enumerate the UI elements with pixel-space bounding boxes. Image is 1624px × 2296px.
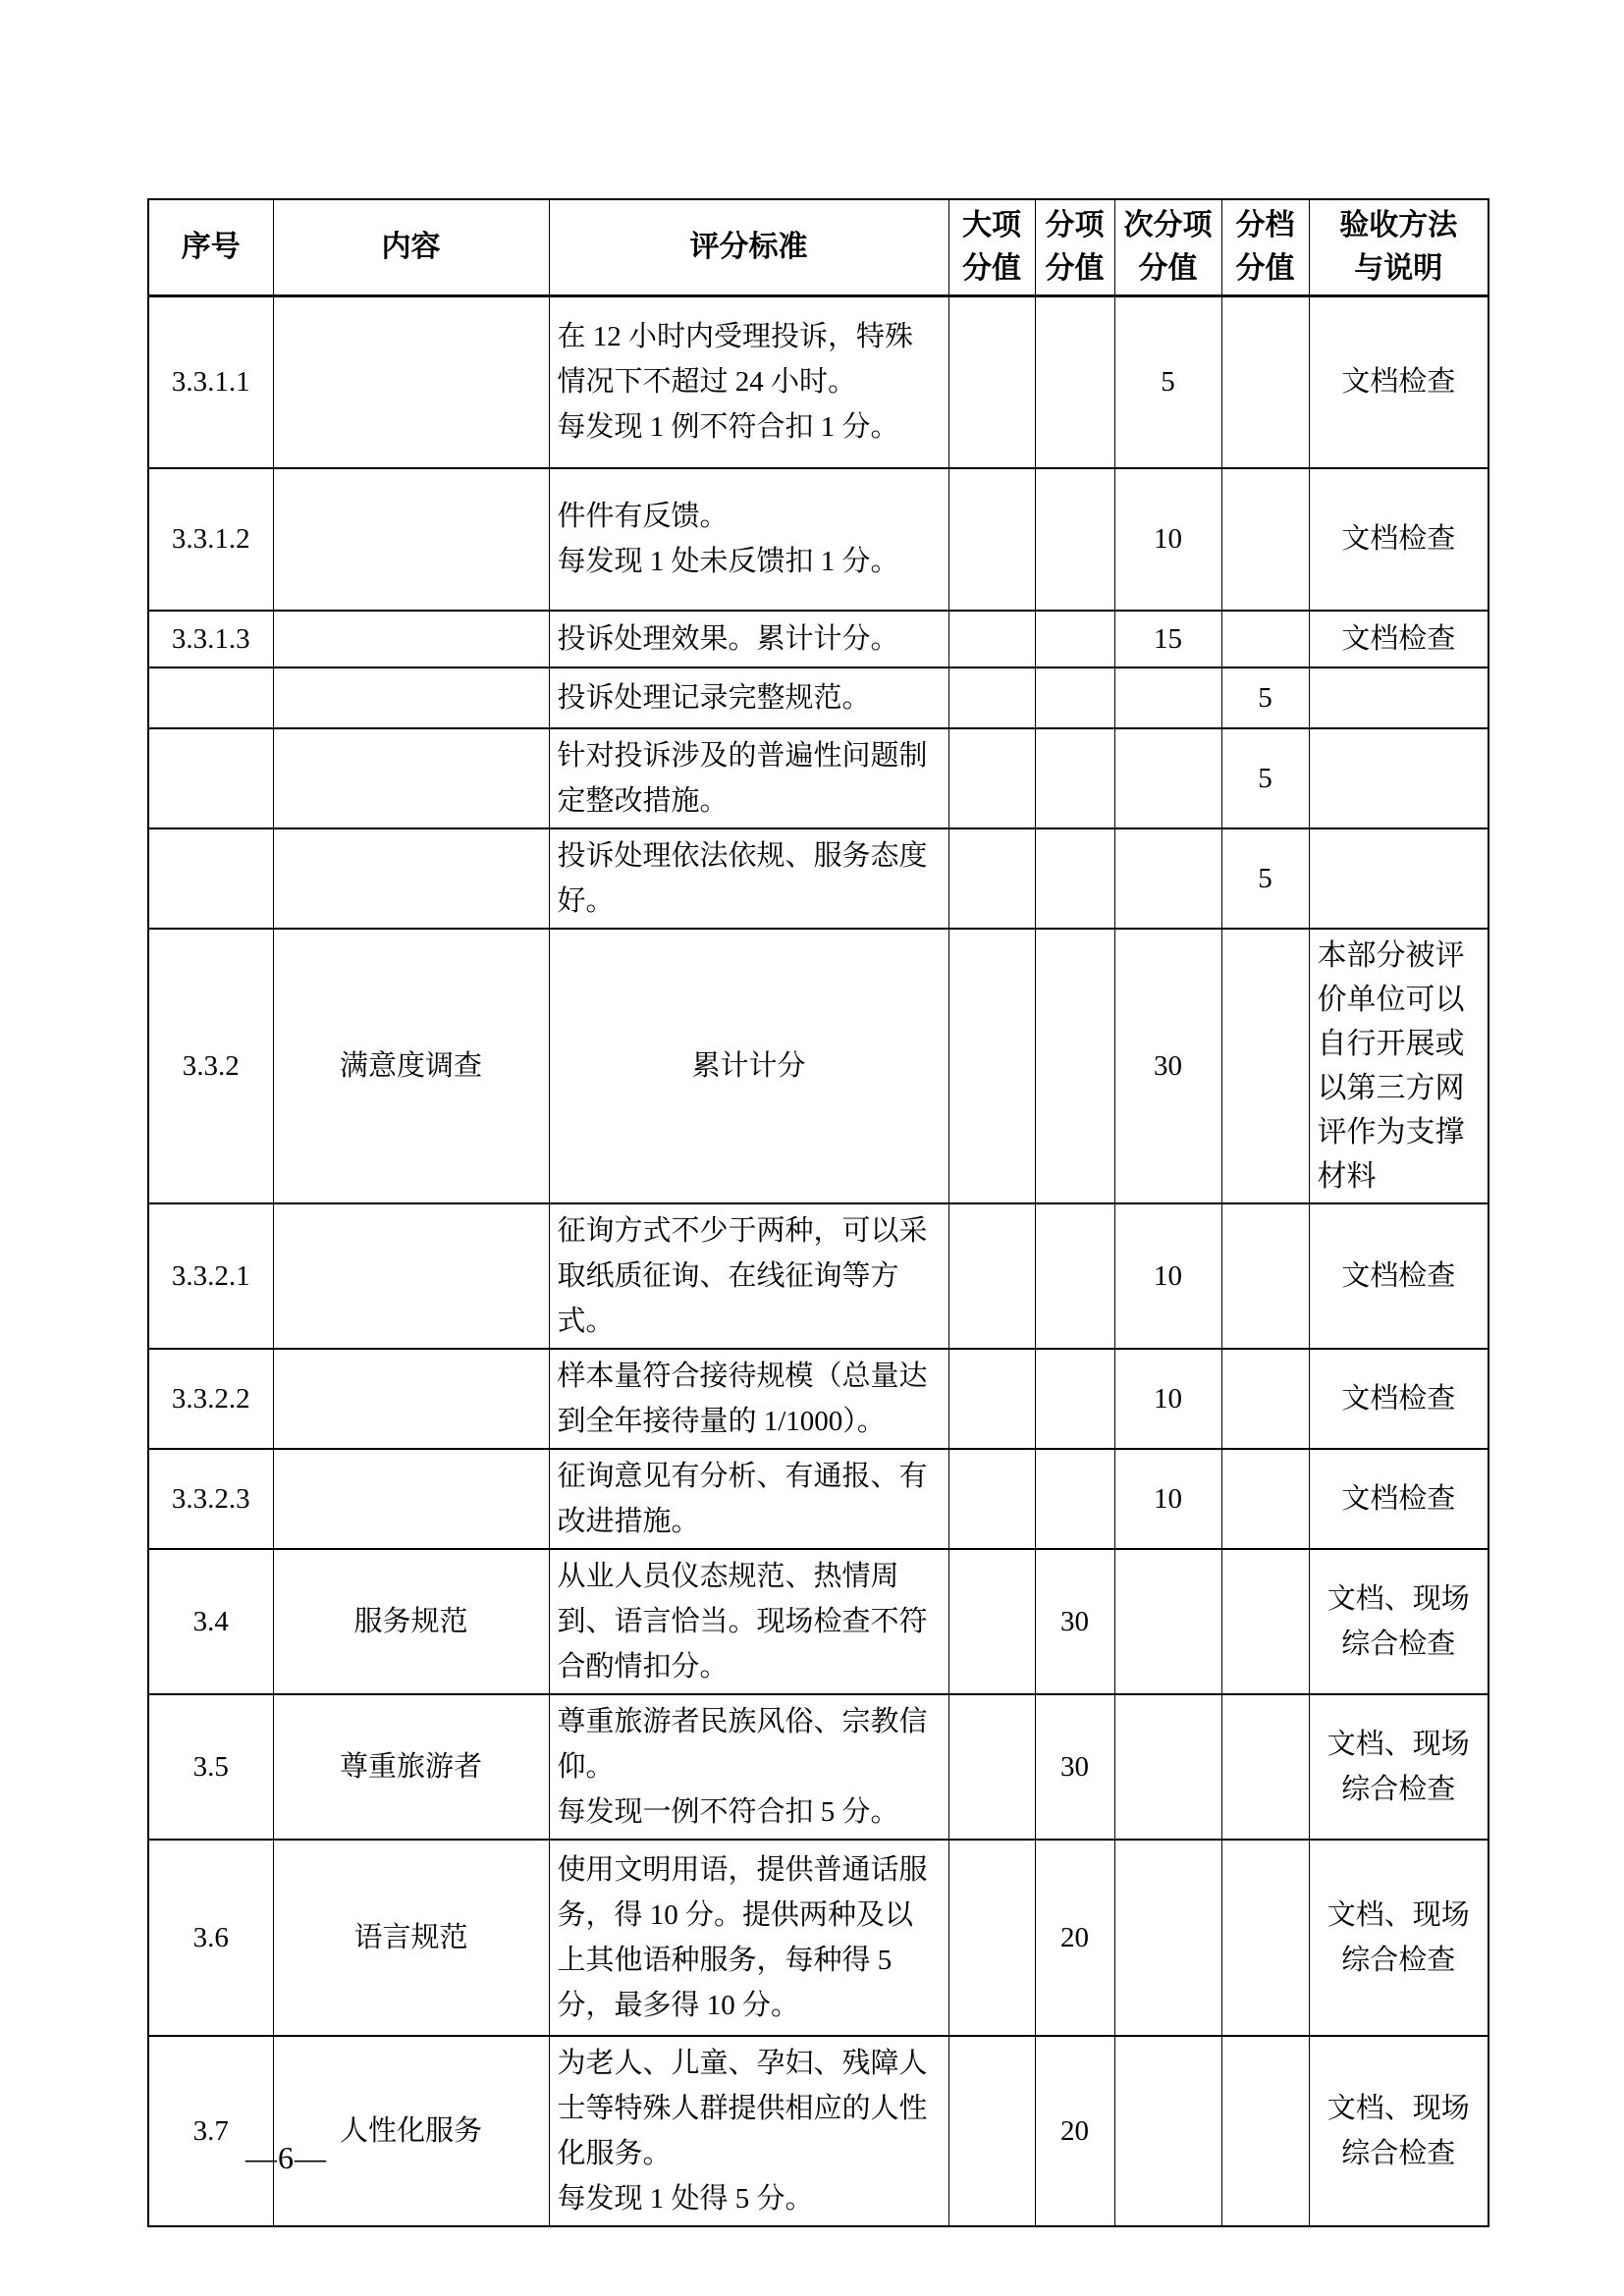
col-header-tier-score: 分档 分值: [1221, 199, 1309, 296]
cell-seq: 3.7: [148, 2036, 273, 2226]
cell-sub-score: [1035, 1349, 1114, 1449]
cell-method: 文档、现场 综合检查: [1309, 1549, 1489, 1694]
col-header-method: 验收方法 与说明: [1309, 199, 1489, 296]
cell-sub-score: [1035, 611, 1114, 667]
cell-method: 文档检查: [1309, 1349, 1489, 1449]
cell-sub-score: 20: [1035, 1840, 1114, 2036]
cell-major-score: [948, 1203, 1035, 1349]
cell-sub-score: 30: [1035, 1694, 1114, 1840]
cell-tier-score: [1221, 1203, 1309, 1349]
cell-major-score: [948, 1549, 1035, 1694]
cell-tier-score: [1221, 1694, 1309, 1840]
cell-tier-score: [1221, 1840, 1309, 2036]
cell-criteria: 征询方式不少于两种，可以采取纸质征询、在线征询等方式。: [549, 1203, 948, 1349]
cell-major-score: [948, 1349, 1035, 1449]
cell-tier-score: [1221, 1449, 1309, 1549]
cell-criteria: 投诉处理依法依规、服务态度好。: [549, 828, 948, 929]
col-header-content: 内容: [273, 199, 549, 296]
cell-major-score: [948, 1694, 1035, 1840]
table-row: 3.7 人性化服务 为老人、儿童、孕妇、残障人士等特殊人群提供相应的人性化服务。…: [148, 2036, 1489, 2226]
table-row: 3.5 尊重旅游者 尊重旅游者民族风俗、宗教信仰。 每发现一例不符合扣 5 分。…: [148, 1694, 1489, 1840]
cell-seq: 3.3.2.1: [148, 1203, 273, 1349]
cell-method: 文档检查: [1309, 296, 1489, 468]
col-header-major-score: 大项 分值: [948, 199, 1035, 296]
cell-criteria: 针对投诉涉及的普遍性问题制定整改措施。: [549, 728, 948, 828]
cell-subsub-score: 10: [1114, 1349, 1221, 1449]
cell-subsub-score: [1114, 728, 1221, 828]
cell-seq: 3.5: [148, 1694, 273, 1840]
table-row: 3.3.2.2 样本量符合接待规模（总量达到全年接待量的 1/1000）。 10…: [148, 1349, 1489, 1449]
cell-method: 文档检查: [1309, 468, 1489, 611]
table-row: 3.3.2 满意度调查 累计计分 30 本部分被评价单位可以自行开展或以第三方网…: [148, 929, 1489, 1203]
cell-sub-score: 20: [1035, 2036, 1114, 2226]
cell-criteria: 投诉处理记录完整规范。: [549, 667, 948, 728]
cell-content: [273, 728, 549, 828]
cell-criteria: 使用文明用语，提供普通话服务，得 10 分。提供两种及以上其他语种服务，每种得 …: [549, 1840, 948, 2036]
cell-tier-score: [1221, 2036, 1309, 2226]
cell-major-score: [948, 828, 1035, 929]
cell-seq: [148, 667, 273, 728]
table-row: 3.3.2.1 征询方式不少于两种，可以采取纸质征询、在线征询等方式。 10 文…: [148, 1203, 1489, 1349]
cell-subsub-score: 30: [1114, 929, 1221, 1203]
cell-tier-score: 5: [1221, 667, 1309, 728]
cell-tier-score: [1221, 1349, 1309, 1449]
cell-method: 文档检查: [1309, 1203, 1489, 1349]
cell-content: 满意度调查: [273, 929, 549, 1203]
cell-content: [273, 1203, 549, 1349]
table-row: 3.4 服务规范 从业人员仪态规范、热情周到、语言恰当。现场检查不符合酌情扣分。…: [148, 1549, 1489, 1694]
cell-seq: [148, 728, 273, 828]
cell-subsub-score: 15: [1114, 611, 1221, 667]
cell-sub-score: [1035, 828, 1114, 929]
cell-tier-score: 5: [1221, 728, 1309, 828]
cell-method: 本部分被评价单位可以自行开展或以第三方网评作为支撑材料: [1309, 929, 1489, 1203]
cell-criteria: 在 12 小时内受理投诉，特殊情况下不超过 24 小时。 每发现 1 例不符合扣…: [549, 296, 948, 468]
cell-criteria: 累计计分: [549, 929, 948, 1203]
cell-sub-score: [1035, 1203, 1114, 1349]
cell-seq: 3.4: [148, 1549, 273, 1694]
cell-tier-score: [1221, 296, 1309, 468]
cell-subsub-score: [1114, 1549, 1221, 1694]
cell-subsub-score: [1114, 1840, 1221, 2036]
cell-major-score: [948, 667, 1035, 728]
cell-content: [273, 296, 549, 468]
cell-tier-score: [1221, 1549, 1309, 1694]
cell-criteria: 尊重旅游者民族风俗、宗教信仰。 每发现一例不符合扣 5 分。: [549, 1694, 948, 1840]
table-row: 3.3.1.3 投诉处理效果。累计计分。 15 文档检查: [148, 611, 1489, 667]
cell-tier-score: 5: [1221, 828, 1309, 929]
cell-method: [1309, 728, 1489, 828]
col-header-subsub-score: 次分项 分值: [1114, 199, 1221, 296]
cell-criteria: 为老人、儿童、孕妇、残障人士等特殊人群提供相应的人性化服务。 每发现 1 处得 …: [549, 2036, 948, 2226]
table-row: 3.3.1.2 件件有反馈。 每发现 1 处未反馈扣 1 分。 10 文档检查: [148, 468, 1489, 611]
cell-method: 文档、现场 综合检查: [1309, 2036, 1489, 2226]
cell-method: 文档、现场 综合检查: [1309, 1694, 1489, 1840]
cell-content: [273, 468, 549, 611]
cell-content: 尊重旅游者: [273, 1694, 549, 1840]
table-row: 投诉处理依法依规、服务态度好。 5: [148, 828, 1489, 929]
cell-subsub-score: [1114, 828, 1221, 929]
cell-tier-score: [1221, 929, 1309, 1203]
cell-major-score: [948, 1840, 1035, 2036]
col-header-sub-score: 分项 分值: [1035, 199, 1114, 296]
cell-method: 文档检查: [1309, 611, 1489, 667]
cell-criteria: 投诉处理效果。累计计分。: [549, 611, 948, 667]
cell-sub-score: [1035, 929, 1114, 1203]
cell-seq: 3.3.2.3: [148, 1449, 273, 1549]
cell-content: [273, 667, 549, 728]
cell-subsub-score: [1114, 1694, 1221, 1840]
cell-subsub-score: 5: [1114, 296, 1221, 468]
cell-major-score: [948, 1449, 1035, 1549]
cell-content: [273, 1349, 549, 1449]
cell-method: 文档检查: [1309, 1449, 1489, 1549]
cell-tier-score: [1221, 611, 1309, 667]
cell-method: 文档、现场 综合检查: [1309, 1840, 1489, 2036]
cell-seq: 3.3.1.3: [148, 611, 273, 667]
cell-subsub-score: [1114, 2036, 1221, 2226]
page-number: —6—: [245, 2140, 327, 2176]
cell-subsub-score: 10: [1114, 468, 1221, 611]
cell-sub-score: [1035, 667, 1114, 728]
cell-seq: [148, 828, 273, 929]
cell-sub-score: [1035, 296, 1114, 468]
cell-content: [273, 611, 549, 667]
table-header-row: 序号 内容 评分标准 大项 分值 分项 分值 次分项 分值 分档 分值 验收方法…: [148, 199, 1489, 296]
cell-seq: 3.3.1.1: [148, 296, 273, 468]
table-row: 投诉处理记录完整规范。 5: [148, 667, 1489, 728]
table-row: 3.3.1.1 在 12 小时内受理投诉，特殊情况下不超过 24 小时。 每发现…: [148, 296, 1489, 468]
cell-sub-score: [1035, 728, 1114, 828]
cell-criteria: 征询意见有分析、有通报、有改进措施。: [549, 1449, 948, 1549]
cell-seq: 3.3.2: [148, 929, 273, 1203]
col-header-seq: 序号: [148, 199, 273, 296]
table-row: 3.3.2.3 征询意见有分析、有通报、有改进措施。 10 文档检查: [148, 1449, 1489, 1549]
cell-sub-score: 30: [1035, 1549, 1114, 1694]
cell-subsub-score: [1114, 667, 1221, 728]
cell-tier-score: [1221, 468, 1309, 611]
cell-seq: 3.3.1.2: [148, 468, 273, 611]
cell-major-score: [948, 929, 1035, 1203]
table-row: 3.6 语言规范 使用文明用语，提供普通话服务，得 10 分。提供两种及以上其他…: [148, 1840, 1489, 2036]
cell-content: 服务规范: [273, 1549, 549, 1694]
cell-major-score: [948, 2036, 1035, 2226]
cell-criteria: 从业人员仪态规范、热情周到、语言恰当。现场检查不符合酌情扣分。: [549, 1549, 948, 1694]
cell-major-score: [948, 728, 1035, 828]
cell-subsub-score: 10: [1114, 1449, 1221, 1549]
cell-criteria: 样本量符合接待规模（总量达到全年接待量的 1/1000）。: [549, 1349, 948, 1449]
scoring-criteria-table: 序号 内容 评分标准 大项 分值 分项 分值 次分项 分值 分档 分值 验收方法…: [147, 198, 1489, 2227]
table-row: 针对投诉涉及的普遍性问题制定整改措施。 5: [148, 728, 1489, 828]
cell-content: [273, 1449, 549, 1549]
cell-content: 语言规范: [273, 1840, 549, 2036]
cell-content: [273, 828, 549, 929]
cell-sub-score: [1035, 1449, 1114, 1549]
cell-sub-score: [1035, 468, 1114, 611]
cell-subsub-score: 10: [1114, 1203, 1221, 1349]
cell-content: 人性化服务: [273, 2036, 549, 2226]
cell-seq: 3.3.2.2: [148, 1349, 273, 1449]
cell-criteria: 件件有反馈。 每发现 1 处未反馈扣 1 分。: [549, 468, 948, 611]
col-header-criteria: 评分标准: [549, 199, 948, 296]
cell-major-score: [948, 296, 1035, 468]
cell-method: [1309, 667, 1489, 728]
cell-major-score: [948, 611, 1035, 667]
document-page: 序号 内容 评分标准 大项 分值 分项 分值 次分项 分值 分档 分值 验收方法…: [0, 0, 1624, 2296]
cell-method: [1309, 828, 1489, 929]
cell-major-score: [948, 468, 1035, 611]
cell-seq: 3.6: [148, 1840, 273, 2036]
